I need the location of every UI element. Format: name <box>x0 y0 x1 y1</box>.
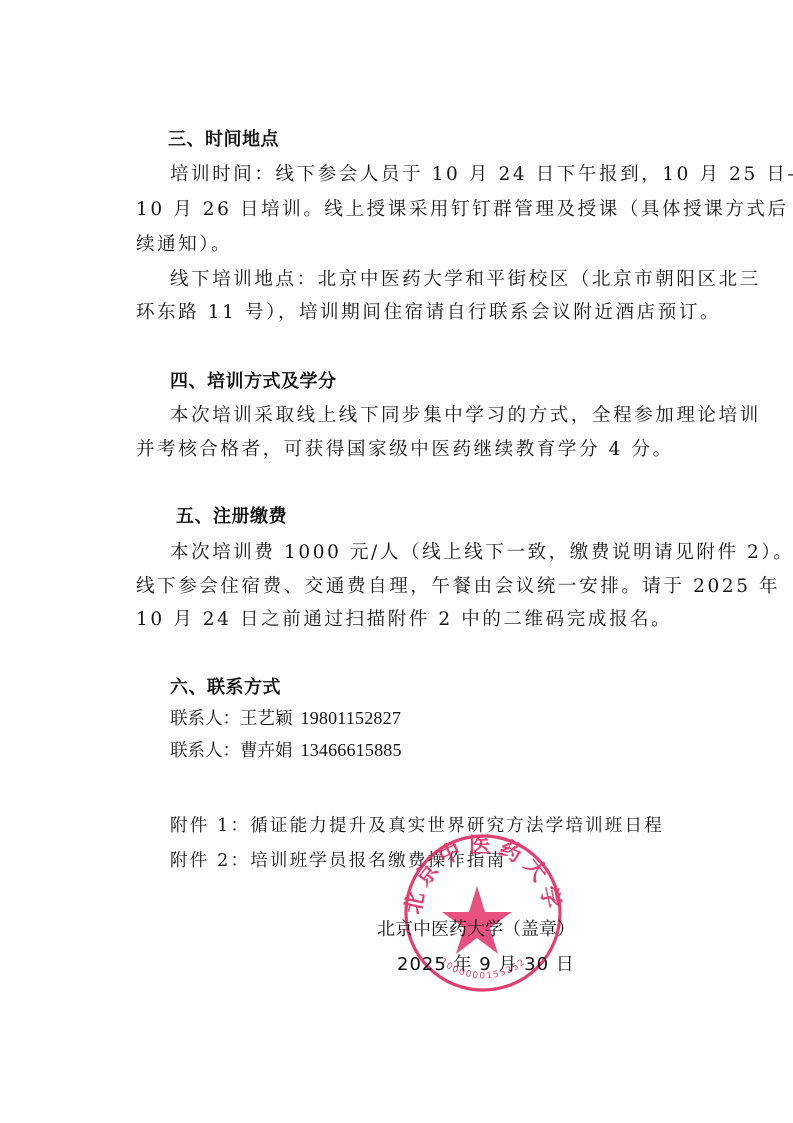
contact-name: 王艺颖 <box>240 709 293 729</box>
section-heading-registration-fee: 五、注册缴费 <box>176 505 287 529</box>
section-heading-contact: 六、联系方式 <box>170 676 281 700</box>
svg-text:北京中医药大学: 北京中医药大学 <box>402 833 564 917</box>
paragraph-line: 10 月 24 日之前通过扫描附件 2 中的二维码完成报名。 <box>136 608 672 632</box>
contact-label: 联系人： <box>170 709 240 729</box>
seal-arc-text: 北京中医药大学 <box>402 833 564 917</box>
paragraph-line: 10 月 26 日培训。线上授课采用钉钉群管理及授课（具体授课方式后 <box>136 198 789 222</box>
contact-row: 联系人：王艺颖19801152827 <box>170 706 401 731</box>
paragraph-line: 续通知）。 <box>136 233 232 257</box>
contact-row: 联系人：曹卉娟13466615885 <box>170 738 402 763</box>
paragraph-line: 培训时间：线下参会人员于 10 月 24 日下午报到，10 月 25 日— <box>170 163 793 187</box>
section-heading-training-credits: 四、培训方式及学分 <box>170 370 337 394</box>
signature-organization: 北京中医药大学（盖章） <box>377 918 575 942</box>
paragraph-line: 本次培训采取线上线下同步集中学习的方式，全程参加理论培训 <box>170 404 761 428</box>
paragraph-line: 线下培训地点：北京中医药大学和平街校区（北京市朝阳区北三 <box>170 268 761 292</box>
document-page: 三、时间地点 培训时间：线下参会人员于 10 月 24 日下午报到，10 月 2… <box>0 0 793 1123</box>
contact-label: 联系人： <box>170 741 240 761</box>
paragraph-line: 线下参会住宿费、交通费自理，午餐由会议统一安排。请于 2025 年 <box>136 575 780 599</box>
contact-phone: 19801152827 <box>301 708 402 728</box>
paragraph-line: 并考核合格者，可获得国家级中医药继续教育学分 4 分。 <box>136 438 674 462</box>
paragraph-line: 环东路 11 号），培训期间住宿请自行联系会议附近酒店预订。 <box>136 301 721 325</box>
paragraph-line: 本次培训费 1000 元/人（线上线下一致，缴费说明请见附件 2）。 <box>170 541 793 565</box>
contact-phone: 13466615885 <box>301 740 402 760</box>
contact-name: 曹卉娟 <box>240 741 293 761</box>
signature-date: 2025 年 9 月 30 日 <box>397 953 575 977</box>
section-heading-time-place: 三、时间地点 <box>168 128 279 152</box>
